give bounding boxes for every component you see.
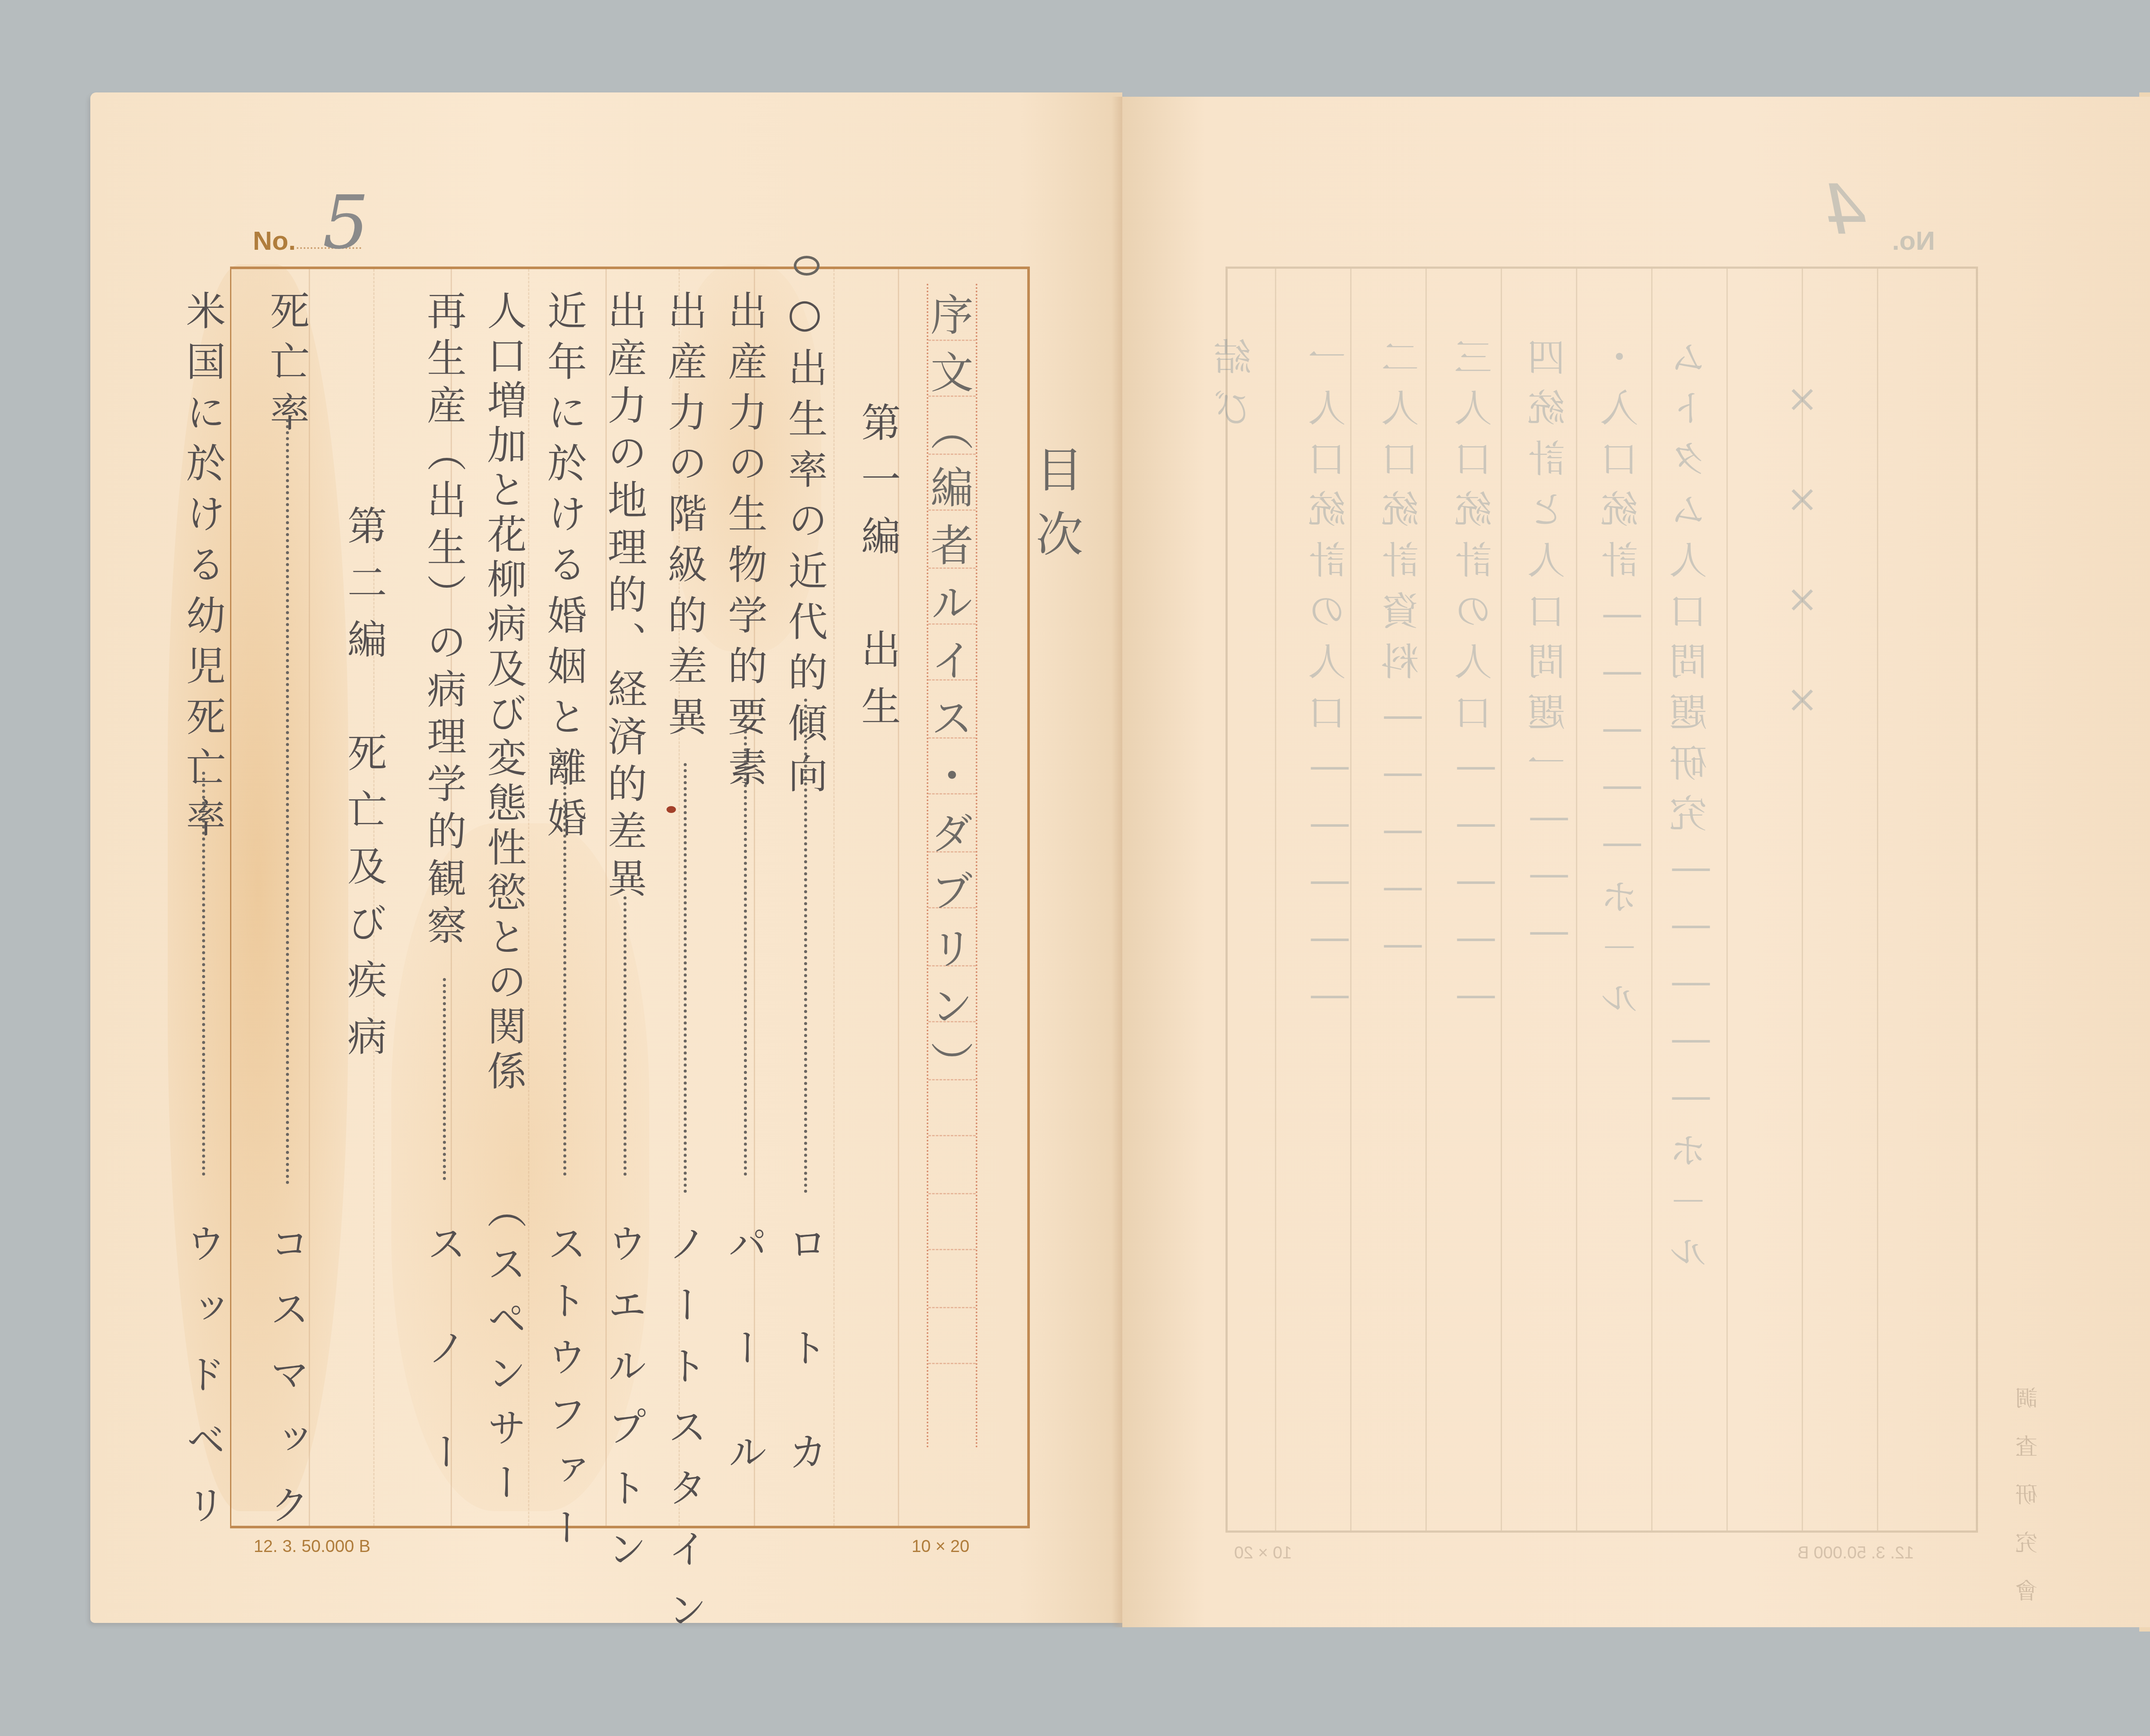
- toc-entry-author: ロトカ: [785, 1223, 824, 1535]
- dot-leader: [804, 699, 807, 1193]
- show-through-text: 一人口統計の人口―――――: [1303, 337, 1357, 1029]
- toc-entry-author: ノートスタイン: [664, 1223, 704, 1650]
- grid-line: [1275, 269, 1276, 1531]
- toc-entry-author: スノー: [424, 1223, 463, 1535]
- show-through-text: 二人口統計資料―――――: [1376, 337, 1430, 978]
- toc-entry-author: ウッドベリ: [183, 1223, 222, 1550]
- grid-line: [1726, 269, 1728, 1531]
- dot-leader: [202, 772, 205, 1176]
- grid-cell: [928, 1193, 976, 1194]
- toc-entry-author: コスマック: [267, 1223, 306, 1550]
- dot-leader: [684, 763, 687, 1193]
- grid-line: [1651, 269, 1652, 1531]
- toc-entry-title: 出産力の階級的差異: [664, 290, 704, 747]
- preface-title: 序文（編者ルイス・ダブリン）: [927, 292, 970, 1099]
- show-through-text: ・入口統計―――――ホ－ル: [1595, 337, 1649, 1029]
- page-number-handwritten: 5: [322, 181, 369, 266]
- toc-entry-author: ウエルプトン: [604, 1223, 644, 1589]
- part2-heading: 第二編 死亡及び疾病: [344, 505, 384, 1073]
- toc-entry-title: 近年に於ける婚姻と離婚: [544, 290, 584, 848]
- grid-line: [528, 269, 529, 1526]
- toc-entry-title: 出産力の生物学的要素: [725, 290, 764, 797]
- dot-leader: [563, 780, 566, 1176]
- toc-entry-author: （スペンサー: [484, 1189, 523, 1516]
- page-number-label: No.: [253, 226, 296, 256]
- right-page: No. 4 ×××× ムトタム人口問題研究―――――ホ－ル ・入口統計―――――…: [1122, 97, 2150, 1627]
- dot-leader: [443, 978, 446, 1180]
- table-of-contents-label: 目次: [1032, 445, 1079, 574]
- open-manuscript-book: No. 5: [0, 0, 2150, 1736]
- grid-line: [1877, 269, 1878, 1531]
- toc-entry-title: 人口増加と花柳病及び変態性慾との関係: [484, 290, 523, 1095]
- dot-leader: [744, 724, 747, 1176]
- page-number-handwritten-mirrored: 4: [1823, 170, 1867, 250]
- grid-cell: [928, 1135, 976, 1136]
- show-through-text: ムトタム人口問題研究―――――ホ－ル: [1664, 337, 1718, 1283]
- toc-entry-title: 再生産（出生）の病理学的観察: [424, 290, 463, 952]
- part1-heading: 第一編 出生: [858, 402, 897, 742]
- grid-cell: [928, 1249, 976, 1250]
- page-number-label-mirrored: No.: [1892, 226, 1935, 256]
- dot-leader: [286, 419, 289, 1184]
- toc-entry-title: 米国に於ける幼児死亡率: [183, 290, 222, 848]
- dot-leader: [623, 896, 627, 1176]
- grid-size-label: 10 × 20: [912, 1537, 970, 1556]
- ink-spot: [666, 806, 676, 813]
- show-through-marks: ××××: [1780, 376, 1824, 777]
- grid-cell: [928, 1363, 976, 1364]
- form-print-code-mirrored: 12. 3. 50.000 B: [1797, 1543, 1914, 1563]
- toc-entry-author: ストウファー: [544, 1223, 584, 1564]
- toc-entry-title: 出産力の地理的、経済的差異: [604, 290, 644, 905]
- toc-entry-author: パール: [725, 1223, 764, 1535]
- left-page: No. 5: [90, 92, 1122, 1623]
- grid-cell: [928, 1307, 976, 1308]
- grid-size-label-mirrored: 10 × 20: [1234, 1543, 1292, 1563]
- show-through-text: 結び: [1208, 337, 1262, 439]
- side-stamp-mirrored: 調査研究會: [2012, 1386, 2045, 1627]
- grid-line: [833, 269, 835, 1526]
- show-through-text: 四統計と人口問題一―――: [1522, 337, 1576, 966]
- form-print-code: 12. 3. 50.000 B: [254, 1537, 370, 1556]
- show-through-text: 三人口統計の人口―――――: [1449, 337, 1503, 1029]
- circle-mark: [794, 256, 820, 276]
